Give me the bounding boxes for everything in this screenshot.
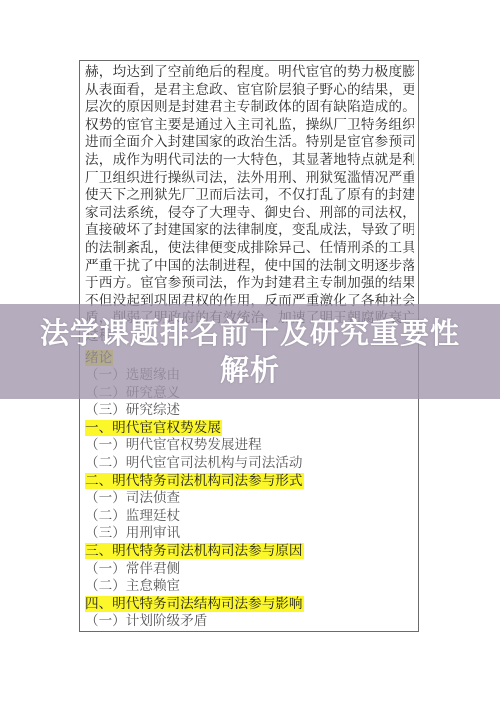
toc-subitem: （二）对正规法制产生破坏: [85, 631, 414, 632]
highlighted-text: 一、明代宦官权势发展: [85, 420, 222, 436]
paragraph-line: 于西方。宦官参预司法，作为封建君主专制加强的结果，: [85, 275, 414, 293]
toc-subitem: （二）主怠赖宦: [85, 578, 414, 596]
highlighted-text: 二、明代特务司法机构司法参与形式: [85, 473, 304, 489]
paragraph-line: 法，成作为明代司法的一大特色，其显著地特点就是利用: [85, 152, 414, 170]
toc-heading-2: 二、明代特务司法机构司法参与形式: [85, 473, 414, 491]
toc-subitem: （一）司法侦查: [85, 490, 414, 508]
banner-title: 法学课题排名前十及研究重要性解析: [40, 315, 460, 389]
paragraph-line: 严重干扰了中国的法制进程，使中国的法制文明逐步落后: [85, 258, 414, 276]
paragraph-line: 直接破坏了封建国家的法律制度，变乱成法，导致了明代: [85, 222, 414, 240]
paragraph-line: 家司法系统，侵夺了大理寺、御史台、刑部的司法权，还: [85, 205, 414, 223]
toc-heading-3: 三、明代特务司法机构司法参与原因: [85, 543, 414, 561]
toc-subitem: （二）监理廷杖: [85, 508, 414, 526]
toc-heading-4: 四、明代特务司法结构司法参与影响: [85, 596, 414, 614]
toc-heading-1: 一、明代宦官权势发展: [85, 420, 414, 438]
paragraph-line: 权势的宦官主要是通过入主司礼监，操纵厂卫特务组织，: [85, 117, 414, 135]
toc-subitem: （一）计划阶级矛盾: [85, 613, 414, 631]
highlighted-text: 三、明代特务司法机构司法参与原因: [85, 543, 304, 559]
paragraph-line: 的法制紊乱，使法律便变成排除异己、任情刑杀的工具，: [85, 240, 414, 258]
toc-subitem: （二）明代宦官司法机构与司法活动: [85, 455, 414, 473]
toc-subitem: （一）常伴君侧: [85, 561, 414, 579]
toc-subitem: （三）研究综述: [85, 402, 414, 420]
paragraph-line: 厂卫组织进行操纵司法，法外用刑、刑狱冤滥情况严重，: [85, 170, 414, 188]
paragraph-line: 赫，均达到了空前绝后的程度。明代宦官的势力极度膨胀，: [85, 64, 414, 82]
toc-subitem: （三）用刑审讯: [85, 525, 414, 543]
paragraph-line: 使天下之刑狱先厂卫而后法司，不仅打乱了原有的封建国: [85, 187, 414, 205]
toc-subitem: （一）明代宦官权势发展进程: [85, 437, 414, 455]
paragraph-line: 进而全面介入封建国家的政治生活。特别是宦官参预司: [85, 134, 414, 152]
title-banner: 法学课题排名前十及研究重要性解析: [0, 304, 500, 399]
highlighted-text: 四、明代特务司法结构司法参与影响: [85, 596, 304, 612]
paragraph-line: 层次的原因则是封建君主专制政体的固有缺陷造成的。有: [85, 99, 414, 117]
paragraph-line: 从表面看，是君主怠政、宦官阶层狼子野心的结果，更深: [85, 82, 414, 100]
